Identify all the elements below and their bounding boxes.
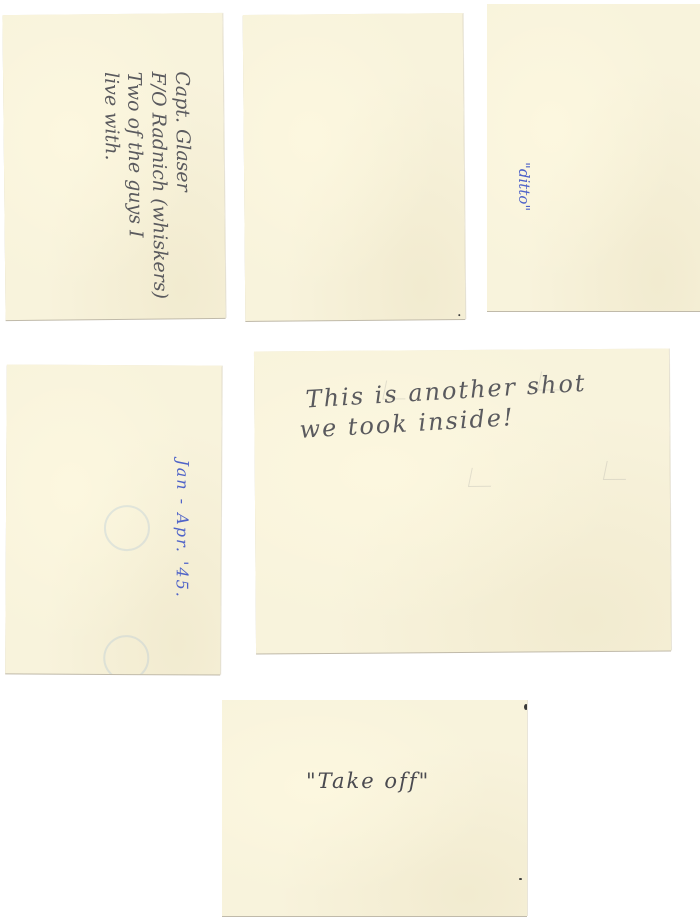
- note-line: F/O Radnich (whiskers): [146, 71, 172, 299]
- faded-stamp: [104, 505, 150, 551]
- note-line: "Take off": [306, 768, 430, 794]
- ink-speck: [458, 314, 460, 316]
- faded-stamp: [103, 635, 149, 675]
- note-line: "ditto": [514, 162, 533, 211]
- ink-speck: [524, 704, 527, 710]
- note-line: live with.: [98, 72, 124, 300]
- ink-speck: [519, 878, 522, 880]
- photo-back-card-5: This is another shot we took inside!: [254, 349, 671, 654]
- handwritten-note: Jan - Apr. '45.: [172, 459, 193, 599]
- photo-back-card-2: [243, 13, 466, 321]
- photo-back-card-6: "Take off": [222, 700, 527, 916]
- handwritten-note: "Take off": [306, 768, 430, 794]
- photo-back-card-4: Jan - Apr. '45.: [5, 364, 222, 674]
- note-line: Jan - Apr. '45.: [172, 459, 193, 599]
- note-line: Capt. Glaser: [169, 71, 195, 299]
- handwritten-note: This is another shot we took inside!: [305, 368, 589, 445]
- note-line: Two of the guys I: [122, 72, 148, 300]
- photo-back-card-1: Capt. Glaser F/O Radnich (whiskers) Two …: [2, 13, 225, 320]
- handwritten-note: "ditto": [514, 162, 533, 211]
- handwritten-note: Capt. Glaser F/O Radnich (whiskers) Two …: [98, 71, 195, 299]
- faded-stamp: [468, 468, 495, 487]
- faded-stamp: [603, 461, 630, 480]
- photo-back-card-3: "ditto": [487, 4, 700, 311]
